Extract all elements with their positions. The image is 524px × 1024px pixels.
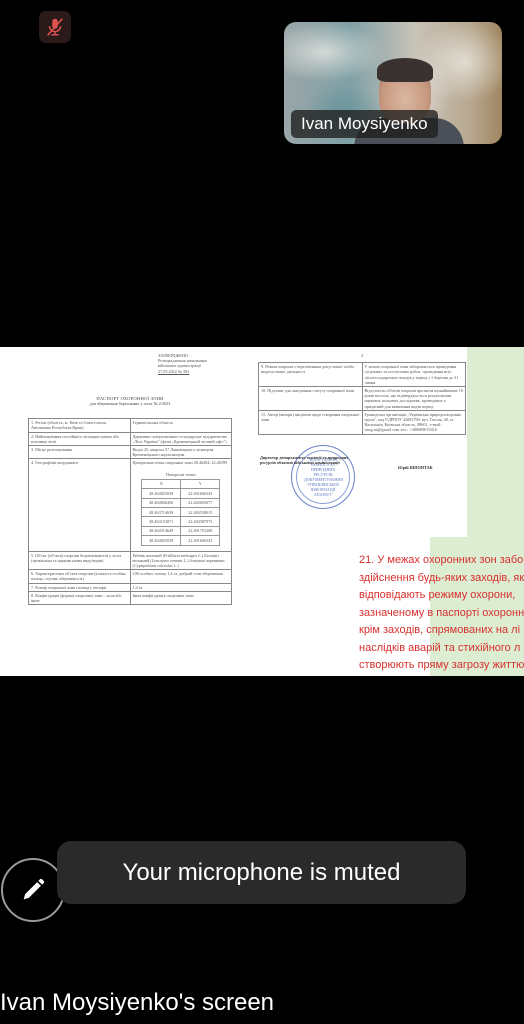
slide-text-line: крім заходів, спрямованих на лі (359, 622, 524, 640)
table-row: 48.46371463922.404538015 (142, 508, 220, 517)
table-row: 8. Конфігурація (форма) охоронної зони –… (29, 591, 232, 604)
table-row: 9. Режим охорони з переліченням допустим… (259, 363, 466, 387)
annotate-button[interactable] (1, 858, 65, 922)
slide-text: 21. У межах охоронних зон забо здійсненн… (359, 552, 524, 675)
table-row: 48.46431464922.401701268 (142, 526, 220, 535)
table-row: 6. Характеристика об'єкта охорони (кільк… (29, 570, 232, 583)
slide-text-line: здійснення будь-яких заходів, як (359, 570, 524, 588)
table-row: 48.46482503922.401666343 (142, 489, 220, 498)
table-row: 48.46482503922.401666343 (142, 536, 220, 545)
table-row: 10. Підстави для скасування статусу охор… (259, 387, 466, 411)
mic-off-icon (44, 16, 66, 38)
signatory-title: Директор департаменту екології та природ… (260, 455, 350, 465)
approval-block: ЗАТВЕРДЖЕНО Розпорядження начальника вій… (158, 353, 232, 374)
signatory-name: Юрій ШПОНТАК (398, 465, 433, 470)
table-row: 48.46315307122.404387973 (142, 517, 220, 526)
participant-hair (377, 58, 433, 82)
passport-table-continued: 9. Режим охорони з переліченням допустим… (258, 362, 466, 434)
table-row: 1. Регіон (область, м. Київ та Севастопо… (29, 419, 232, 432)
passport-table: 1. Регіон (область, м. Київ та Севастопо… (28, 418, 232, 605)
table-row: 7. Розмір охоронної зони (площа), гектар… (29, 583, 232, 591)
slide-text-line: наслідків аварій та стихійного л (359, 640, 524, 658)
table-row: 4. Географічні координати Центральна точ… (29, 459, 232, 551)
page-number: 2 (258, 353, 466, 358)
screen-owner-label: Ivan Moysiyenko's screen (0, 989, 274, 1017)
coordinates-table: X Y 48.46482503922.401666343 48.46484645… (141, 479, 220, 546)
document-page-2: 2 9. Режим охорони з переліченням допуст… (258, 353, 466, 509)
approval-date: 27.05.2022 № 363 (158, 369, 232, 374)
slide-text-line: зазначеному в паспорті охоронн (359, 605, 524, 623)
signature-block: ДЕПАРТАМЕНТ ЕКОЛОГІЇ ТА ПРИРОДНИХ РЕСУРС… (258, 449, 466, 509)
table-row: 11. Автор (автори) ініціатив щодо створе… (259, 410, 466, 434)
table-row: 48.46484645622.402005677 (142, 498, 220, 507)
mic-muted-toast: Your microphone is muted (57, 841, 466, 904)
table-row: 5. Об'єкт (об'єкти) охорони біорізномані… (29, 551, 232, 570)
document-page-1: ЗАТВЕРДЖЕНО Розпорядження начальника вій… (28, 353, 232, 605)
slide-text-line: 21. У межах охоронних зон забо (359, 552, 524, 570)
mute-indicator[interactable] (39, 11, 71, 43)
table-row: 3. Місце розташування Виділ 25, квартал … (29, 446, 232, 459)
slide-text-line: створюють пряму загрозу життю (359, 657, 524, 675)
shared-screen[interactable]: ЗАТВЕРДЖЕНО Розпорядження начальника вій… (0, 347, 524, 676)
slide-text-line: відповідають режиму охорони, (359, 587, 524, 605)
coordinates-caption: Поворотні точки (133, 472, 230, 477)
participant-video-tile[interactable]: Ivan Moysiyenko (284, 22, 502, 144)
participant-name: Ivan Moysiyenko (291, 110, 438, 138)
document-subtitle: для збереження бореальних у лісах № 2/20… (28, 401, 232, 406)
coords-header: X Y (142, 479, 220, 488)
pencil-icon (19, 876, 47, 904)
table-row: 2. Найменування постійного лісокористува… (29, 432, 232, 445)
